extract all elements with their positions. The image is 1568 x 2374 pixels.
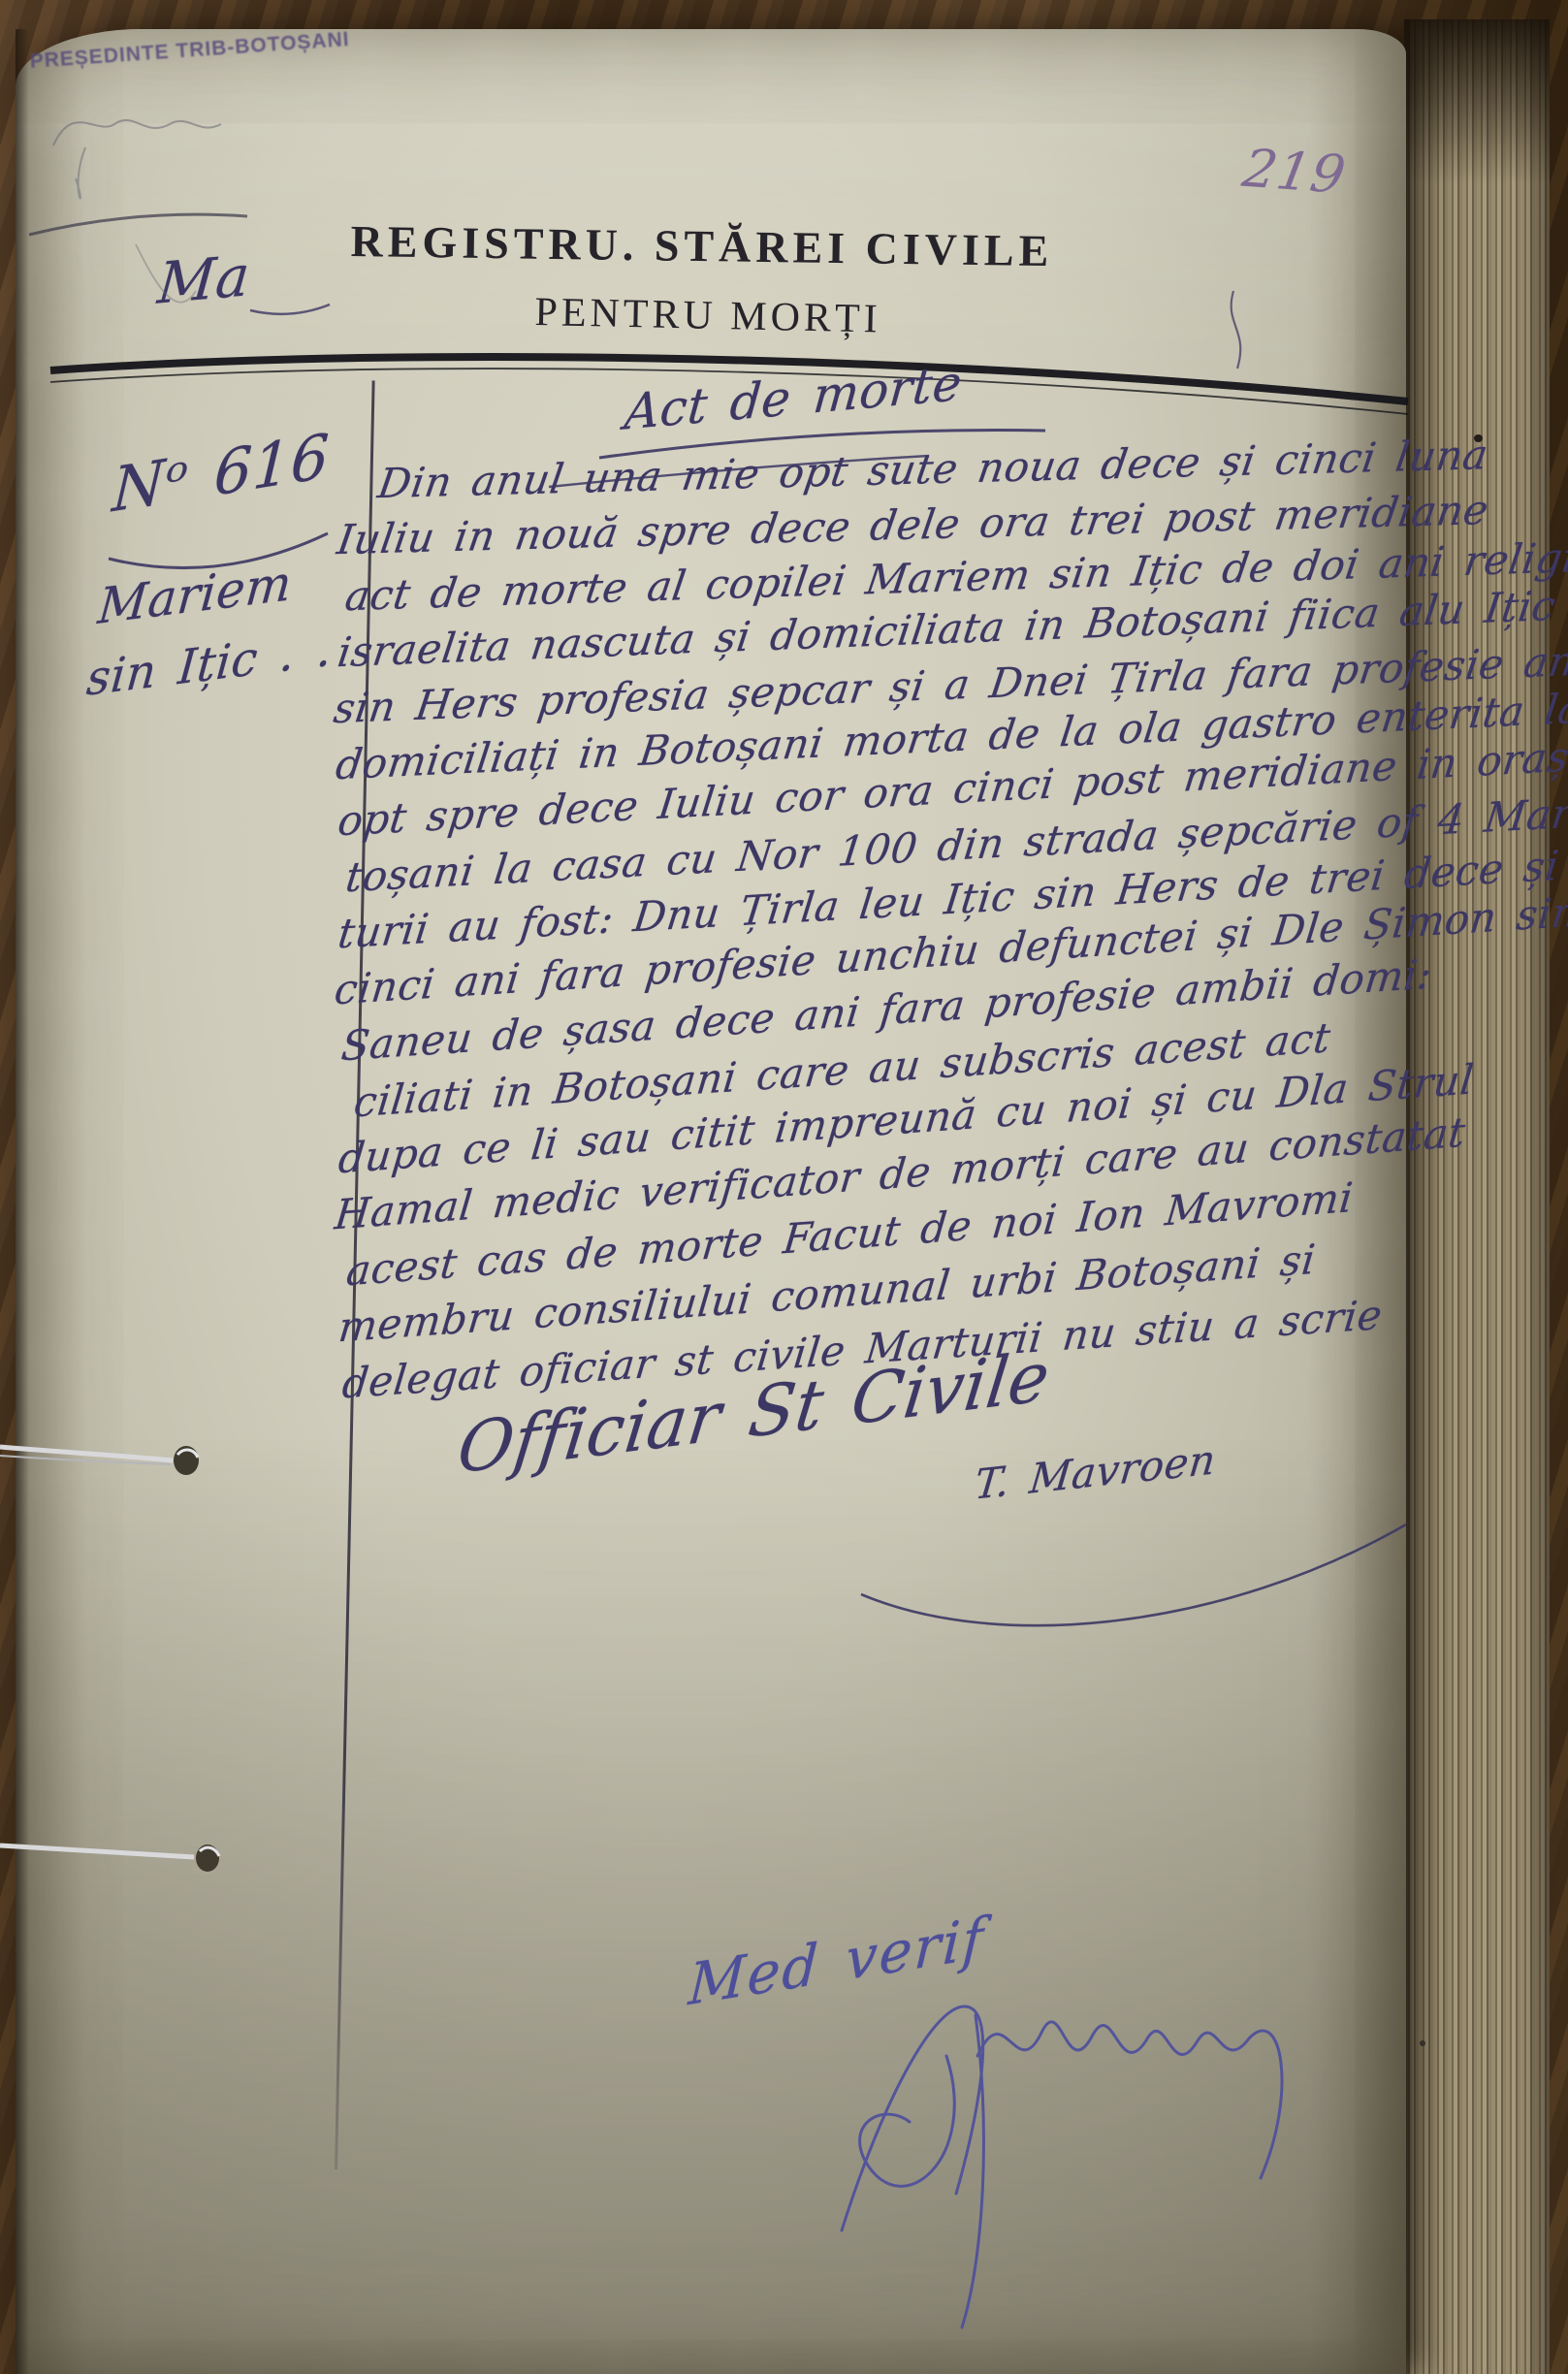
photographed-register-page: PREȘEDINTE TRIB-BOTOȘANI REGISTRU. STĂRE…: [0, 0, 1568, 2374]
ink-speck: [1474, 434, 1483, 442]
book-page-stack-edge: [1404, 19, 1550, 2374]
page-number-text: 219: [1238, 138, 1350, 206]
page-left-edge-shadow: [16, 29, 29, 2374]
corner-mark-text: Ma: [155, 242, 253, 317]
header-subtitle-text: PENTRU MORȚI: [534, 290, 881, 341]
page-number: 219: [1238, 138, 1350, 206]
corner-mark: Ma: [155, 242, 253, 317]
header-title: REGISTRU. STĂREI CIVILE: [350, 215, 1053, 276]
header-subtitle: PENTRU MORȚI: [534, 289, 881, 342]
ink-speck: [1420, 2040, 1425, 2046]
header-title-text: REGISTRU. STĂREI CIVILE: [350, 216, 1053, 275]
